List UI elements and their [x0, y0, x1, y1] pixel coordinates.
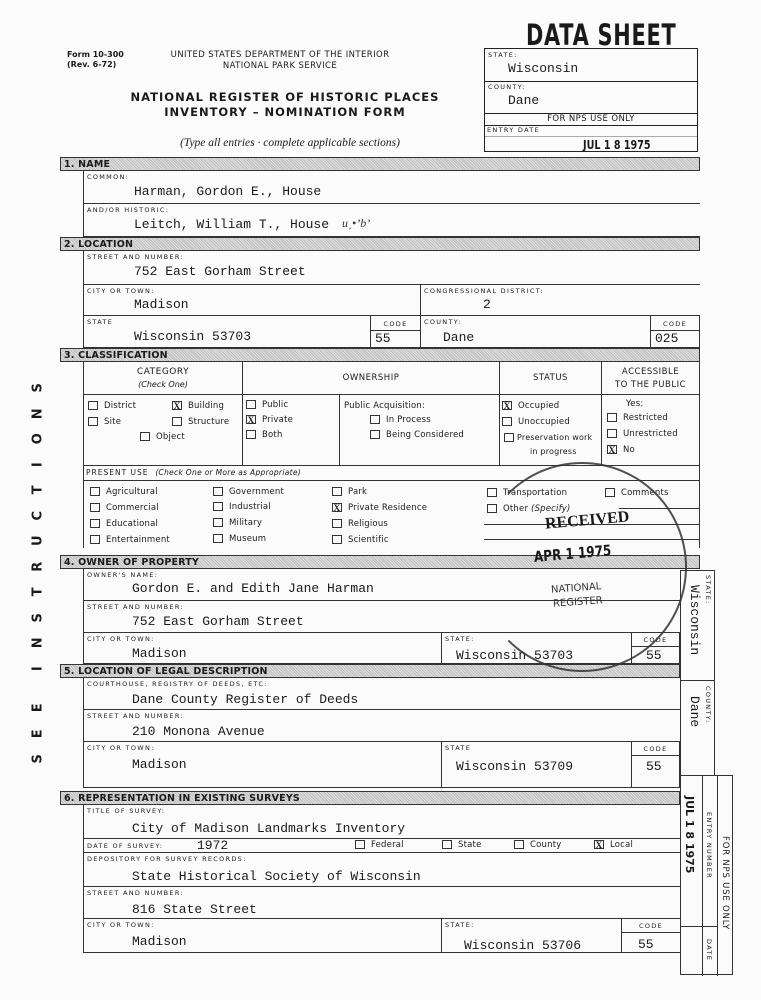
legal-code-field[interactable]: CODE 55: [631, 742, 680, 788]
side-date-label: DATE: [705, 939, 713, 961]
location-county-label: COUNTY:: [424, 318, 462, 326]
category-building-option[interactable]: XBuilding: [172, 401, 224, 411]
category-site-option[interactable]: Site: [88, 417, 121, 427]
park-checkbox[interactable]: [332, 487, 342, 496]
use-park[interactable]: Park: [332, 487, 367, 497]
location-street-label: STREET AND NUMBER:: [87, 253, 184, 261]
museum-label: Museum: [229, 534, 266, 544]
state-level-label: State: [458, 840, 482, 850]
ownership-options: Public XPrivate Both: [242, 395, 339, 466]
legal-city-value[interactable]: Madison: [132, 757, 187, 772]
side-letter: E: [25, 698, 51, 718]
industrial-label: Industrial: [229, 502, 271, 512]
form-title-line2: INVENTORY – NOMINATION FORM: [120, 105, 450, 120]
section-6-title: 6. REPRESENTATION IN EXISTING SURVEYS: [64, 792, 300, 805]
category-label: CATEGORY: [84, 367, 242, 377]
state-code-label: CODE: [371, 320, 420, 328]
form-number: Form 10-300 (Rev. 6-72): [67, 50, 124, 70]
depository-label: DEPOSITORY FOR SURVEY RECORDS:: [87, 855, 247, 863]
congressional-district-value[interactable]: 2: [483, 297, 491, 312]
survey-date-row: DATE OF SURVEY: 1972 Federal State Count…: [83, 839, 680, 853]
no-label: No: [623, 445, 635, 455]
state-level-checkbox[interactable]: [442, 840, 452, 849]
ownership-header: OWNERSHIP: [242, 362, 499, 395]
side-letter: C: [25, 505, 51, 525]
public-label: Public: [262, 400, 288, 410]
location-state-value[interactable]: Wisconsin 53703: [134, 329, 251, 344]
nps-use-box: STATE: Wisconsin COUNTY: Dane FOR NPS US…: [484, 48, 698, 152]
legal-state-label: STATE: [445, 744, 471, 752]
side-label-column: ENTRY NUMBER DATE: [703, 776, 718, 976]
nps-entry-date-stamp: JUL 1 8 1975: [583, 138, 651, 152]
side-letter: S: [25, 749, 51, 769]
form-title: NATIONAL REGISTER OF HISTORIC PLACES INV…: [120, 90, 450, 120]
side-letter: T: [25, 582, 51, 602]
depository-state-field[interactable]: STATE: Wisconsin 53706: [441, 919, 621, 953]
legal-code-label: CODE: [632, 745, 679, 753]
private-label: Private: [262, 415, 293, 425]
depository-street-value[interactable]: 816 State Street: [132, 902, 257, 917]
legal-code-value[interactable]: 55: [646, 759, 662, 774]
side-letter: I: [25, 454, 51, 474]
state-code-value[interactable]: 55: [375, 331, 391, 346]
acquisition-in-process-option[interactable]: In Process: [370, 415, 431, 425]
present-use-label: PRESENT USE: [86, 468, 149, 477]
status-label: STATUS: [500, 373, 601, 383]
use-agricultural[interactable]: Agricultural: [90, 487, 158, 497]
government-label: Government: [229, 487, 284, 497]
religious-checkbox[interactable]: [332, 519, 342, 528]
object-label: Object: [156, 432, 185, 442]
industrial-checkbox[interactable]: [213, 502, 223, 511]
legal-street-field[interactable]: STREET AND NUMBER: 210 Monona Avenue: [83, 710, 680, 742]
use-scientific[interactable]: Scientific: [332, 535, 389, 545]
section-4-title: 4. OWNER OF PROPERTY: [64, 556, 199, 569]
depository-street-field[interactable]: STREET AND NUMBER: 816 State Street: [83, 887, 680, 919]
accessible-label-1: ACCESSIBLE: [602, 367, 699, 377]
county-code-label: CODE: [651, 320, 699, 328]
both-checkbox[interactable]: [246, 430, 256, 439]
section-3-title: 3. CLASSIFICATION: [64, 349, 168, 362]
use-religious[interactable]: Religious: [332, 519, 388, 529]
department-name: UNITED STATES DEPARTMENT OF THE INTERIOR: [160, 50, 400, 61]
side-letter: R: [25, 556, 51, 576]
unoccupied-label: Unoccupied: [518, 417, 570, 427]
county-level-checkbox[interactable]: [514, 840, 524, 849]
owner-city-label: CITY OR TOWN:: [87, 635, 155, 643]
district-label: District: [104, 401, 136, 411]
nps-entry-date-cell: ENTRY DATE JUL 1 8 1975: [485, 126, 697, 153]
owner-city-value[interactable]: Madison: [132, 646, 187, 661]
federal-checkbox[interactable]: [355, 840, 365, 849]
private-residence-label: Private Residence: [348, 503, 427, 513]
scientific-label: Scientific: [348, 535, 389, 545]
see-instructions-vertical: S N O I T C U R T S N I E E S: [28, 375, 48, 772]
status-preservation-option[interactable]: Preservation work: [504, 433, 592, 442]
district-checkbox[interactable]: [88, 401, 98, 410]
side-letter: S: [25, 607, 51, 627]
section-5-title: 5. LOCATION OF LEGAL DESCRIPTION: [64, 665, 268, 678]
legal-state-field[interactable]: STATE Wisconsin 53709: [441, 742, 631, 788]
preservation-label: Preservation work: [517, 433, 592, 442]
agricultural-checkbox[interactable]: [90, 487, 100, 496]
nps-county-cell: COUNTY: Dane: [485, 82, 697, 114]
public-checkbox[interactable]: [246, 400, 256, 409]
owner-street-value[interactable]: 752 East Gorham Street: [132, 614, 304, 629]
side-letter: N: [25, 633, 51, 653]
location-county-code-field[interactable]: CODE 025: [650, 316, 700, 348]
accessible-label-2: TO THE PUBLIC: [602, 380, 699, 390]
side-nps-use-only-label: FOR NPS USE ONLY: [720, 836, 730, 930]
legal-street-value[interactable]: 210 Monona Avenue: [132, 724, 265, 739]
accessible-no-option[interactable]: XNo: [607, 445, 635, 455]
location-street-value[interactable]: 752 East Gorham Street: [134, 264, 306, 279]
restricted-label: Restricted: [623, 413, 668, 423]
ownership-label: OWNERSHIP: [243, 373, 499, 383]
survey-title-label: TITLE OF SURVEY:: [87, 807, 165, 815]
accessible-restricted-option[interactable]: Restricted: [607, 413, 668, 423]
survey-county-option[interactable]: County: [514, 840, 561, 850]
location-street-field[interactable]: STREET AND NUMBER: 752 East Gorham Stree…: [83, 251, 700, 285]
data-sheet-stamp: DATA SHEET: [526, 18, 676, 52]
preservation-checkbox[interactable]: [504, 433, 514, 442]
nps-county-value[interactable]: Dane: [508, 93, 539, 108]
side-letter: T: [25, 480, 51, 500]
depository-state-label: STATE:: [445, 921, 475, 929]
ownership-both-option[interactable]: Both: [246, 430, 283, 440]
owner-code-value[interactable]: 55: [646, 648, 662, 663]
location-county-value[interactable]: Dane: [443, 330, 474, 345]
category-object-option[interactable]: Object: [140, 432, 185, 442]
form-title-line1: NATIONAL REGISTER OF HISTORIC PLACES: [120, 90, 450, 105]
category-options: District XBuilding Site Structure Object: [83, 395, 242, 466]
site-checkbox[interactable]: [88, 417, 98, 426]
occupied-label: Occupied: [518, 401, 559, 411]
park-label: Park: [348, 487, 367, 497]
county-level-label: County: [530, 840, 561, 850]
accessible-unrestricted-option[interactable]: Unrestricted: [607, 429, 678, 439]
section-1-title: 1. NAME: [64, 158, 110, 171]
side-state-county-panel: STATE: Wisconsin COUNTY: Dane: [680, 570, 715, 776]
section-2-title: 2. LOCATION: [64, 238, 133, 251]
depository-code-field[interactable]: CODE 55: [621, 919, 680, 953]
survey-date-value[interactable]: 1972: [197, 838, 228, 853]
local-level-label: Local: [610, 840, 633, 850]
status-unoccupied-option[interactable]: Unoccupied: [502, 417, 570, 427]
status-header: STATUS: [499, 362, 601, 395]
owner-city-field[interactable]: CITY OR TOWN: Madison: [83, 633, 441, 664]
both-label: Both: [262, 430, 283, 440]
unrestricted-checkbox[interactable]: [607, 429, 617, 438]
depository-state-value[interactable]: Wisconsin 53706: [464, 938, 581, 953]
side-entry-number-stamp: JUL 1 8 1975: [683, 796, 696, 873]
accessible-yes-label: Yes:: [626, 399, 643, 409]
educational-checkbox[interactable]: [90, 519, 100, 528]
owner-name-label: OWNER'S NAME:: [87, 571, 158, 579]
being-considered-checkbox[interactable]: [370, 430, 380, 439]
form-number-text: Form 10-300: [67, 50, 124, 60]
handwritten-annotation: uˏ•’b’: [342, 216, 370, 231]
depository-city-value[interactable]: Madison: [132, 934, 187, 949]
military-label: Military: [229, 518, 262, 528]
scientific-checkbox[interactable]: [332, 535, 342, 544]
location-state-label: STATE: [87, 318, 113, 326]
building-checkbox[interactable]: X: [172, 401, 182, 410]
federal-label: Federal: [371, 840, 404, 850]
side-letter: [31, 678, 45, 698]
nps-use-only-label: FOR NPS USE ONLY: [485, 114, 697, 126]
side-letter: E: [25, 723, 51, 743]
agricultural-label: Agricultural: [106, 487, 158, 497]
site-label: Site: [104, 417, 121, 427]
in-process-checkbox[interactable]: [370, 415, 380, 424]
survey-local-option[interactable]: XLocal: [594, 840, 633, 850]
section-6-header: 6. REPRESENTATION IN EXISTING SURVEYS: [60, 791, 680, 805]
legal-city-label: CITY OR TOWN:: [87, 744, 155, 752]
department-header: UNITED STATES DEPARTMENT OF THE INTERIOR…: [160, 50, 400, 72]
in-process-label: In Process: [386, 415, 431, 425]
nps-state-value[interactable]: Wisconsin: [508, 61, 578, 76]
courthouse-field[interactable]: COURTHOUSE, REGISTRY OF DEEDS, ETC: Dane…: [83, 678, 680, 710]
form-revision-text: (Rev. 6-72): [67, 60, 124, 70]
location-city-label: CITY OR TOWN:: [87, 287, 155, 295]
depository-city-field[interactable]: CITY OR TOWN: Madison: [83, 919, 441, 953]
historic-name-label: AND/OR HISTORIC:: [87, 206, 169, 214]
legal-state-value[interactable]: Wisconsin 53709: [456, 759, 573, 774]
depository-code-label: CODE: [622, 922, 680, 930]
legal-street-label: STREET AND NUMBER:: [87, 712, 184, 720]
museum-checkbox[interactable]: [213, 534, 223, 543]
location-state-code-field[interactable]: CODE 55: [370, 316, 420, 348]
side-county-value[interactable]: Dane: [687, 696, 702, 727]
ownership-private-option[interactable]: XPrivate: [246, 415, 293, 425]
entertainment-label: Entertainment: [106, 535, 170, 545]
location-city-value[interactable]: Madison: [134, 297, 189, 312]
location-county-field[interactable]: COUNTY: Dane: [420, 316, 650, 348]
use-educational[interactable]: Educational: [90, 519, 158, 529]
use-entertainment[interactable]: Entertainment: [90, 535, 170, 545]
received-stamp-circle: [477, 462, 687, 672]
being-considered-label: Being Considered: [386, 430, 464, 440]
side-entry-number-label: ENTRY NUMBER: [705, 812, 713, 879]
survey-federal-option[interactable]: Federal: [355, 840, 404, 850]
legal-city-field[interactable]: CITY OR TOWN: Madison: [83, 742, 441, 788]
local-level-checkbox[interactable]: X: [594, 840, 604, 849]
location-state-field[interactable]: STATE Wisconsin 53703: [83, 316, 370, 348]
side-letter: N: [25, 403, 51, 423]
present-use-heading: PRESENT USE (Check One or More as Approp…: [86, 468, 301, 477]
category-sublabel: (Check One): [84, 380, 242, 389]
use-private-residence[interactable]: XPrivate Residence: [332, 503, 427, 513]
common-name-field[interactable]: COMMON: Harman, Gordon E., House: [83, 171, 700, 204]
accessible-header: ACCESSIBLE TO THE PUBLIC: [601, 362, 700, 395]
common-name-label: COMMON:: [87, 173, 129, 181]
status-options: XOccupied Unoccupied Preservation work i…: [499, 395, 601, 466]
section-3-header: 3. CLASSIFICATION: [60, 348, 700, 362]
survey-state-option[interactable]: State: [442, 840, 482, 850]
preservation-label-line2: in progress: [530, 447, 577, 456]
public-acquisition-label: Public Acquisition:: [344, 401, 425, 411]
private-checkbox[interactable]: X: [246, 415, 256, 424]
acquisition-options: Public Acquisition: In Process Being Con…: [339, 395, 499, 466]
courthouse-value[interactable]: Dane County Register of Deeds: [132, 692, 358, 707]
no-checkbox[interactable]: X: [607, 445, 617, 454]
building-label: Building: [188, 401, 224, 411]
historic-name-field[interactable]: AND/OR HISTORIC: Leitch, William T., Hou…: [83, 204, 700, 237]
side-state-value[interactable]: Wisconsin: [687, 585, 702, 655]
side-county-label: COUNTY:: [704, 686, 712, 724]
present-use-sublabel: (Check One or More as Appropriate): [155, 468, 301, 477]
acquisition-being-considered-option[interactable]: Being Considered: [370, 430, 464, 440]
form-instructions: (Type all entries · complete applicable …: [130, 137, 450, 149]
religious-label: Religious: [348, 519, 388, 529]
educational-label: Educational: [106, 519, 158, 529]
restricted-checkbox[interactable]: [607, 413, 617, 422]
survey-title-value[interactable]: City of Madison Landmarks Inventory: [132, 821, 405, 836]
category-header: CATEGORY (Check One): [83, 362, 242, 395]
side-nps-use-panel: JUL 1 8 1975 ENTRY NUMBER DATE FOR NPS U…: [680, 775, 733, 975]
side-letter: O: [25, 429, 51, 449]
depository-city-label: CITY OR TOWN:: [87, 921, 155, 929]
object-checkbox[interactable]: [140, 432, 150, 441]
side-letter: I: [25, 658, 51, 678]
private-residence-checkbox[interactable]: X: [332, 503, 342, 512]
ownership-public-option[interactable]: Public: [246, 400, 288, 410]
structure-checkbox[interactable]: [172, 417, 182, 426]
owner-street-label: STREET AND NUMBER:: [87, 603, 184, 611]
courthouse-label: COURTHOUSE, REGISTRY OF DEEDS, ETC:: [87, 680, 268, 688]
owner-state-label: STATE:: [445, 635, 475, 643]
depository-street-label: STREET AND NUMBER:: [87, 889, 184, 897]
use-museum[interactable]: Museum: [213, 534, 266, 544]
section-1-header: 1. NAME: [60, 157, 700, 171]
county-code-value[interactable]: 025: [655, 331, 678, 346]
agency-name: NATIONAL PARK SERVICE: [160, 61, 400, 72]
depository-value[interactable]: State Historical Society of Wisconsin: [132, 869, 421, 884]
structure-label: Structure: [188, 417, 229, 427]
military-checkbox[interactable]: [213, 518, 223, 527]
commercial-checkbox[interactable]: [90, 503, 100, 512]
location-city-field[interactable]: CITY OR TOWN: Madison: [83, 285, 420, 316]
use-commercial[interactable]: Commercial: [90, 503, 159, 513]
historic-name-value[interactable]: Leitch, William T., House: [134, 217, 329, 232]
accessible-options: Yes: Restricted Unrestricted XNo: [601, 395, 700, 466]
use-government[interactable]: Government: [213, 487, 284, 497]
depository-field[interactable]: DEPOSITORY FOR SURVEY RECORDS: State His…: [83, 853, 680, 887]
status-occupied-option[interactable]: XOccupied: [502, 401, 559, 411]
side-state-cell: STATE: Wisconsin: [681, 571, 714, 681]
use-industrial[interactable]: Industrial: [213, 502, 271, 512]
unrestricted-label: Unrestricted: [623, 429, 678, 439]
unoccupied-checkbox[interactable]: [502, 417, 512, 426]
side-letter: S: [25, 378, 51, 398]
occupied-checkbox[interactable]: X: [502, 401, 512, 410]
survey-title-field[interactable]: TITLE OF SURVEY: City of Madison Landmar…: [83, 805, 680, 839]
nps-state-label: STATE:: [488, 51, 518, 59]
transportation-checkbox[interactable]: [487, 488, 497, 497]
section-2-header: 2. LOCATION: [60, 237, 700, 251]
use-military[interactable]: Military: [213, 518, 262, 528]
side-state-label: STATE:: [704, 575, 712, 605]
congressional-district-label: CONGRESSIONAL DISTRICT:: [424, 287, 544, 295]
nps-state-cell: STATE: Wisconsin: [485, 49, 697, 82]
survey-date-label: DATE OF SURVEY:: [87, 842, 163, 850]
commercial-label: Commercial: [106, 503, 159, 513]
congressional-district-field[interactable]: CONGRESSIONAL DISTRICT: 2: [420, 285, 700, 316]
category-district-option[interactable]: District: [88, 401, 136, 411]
category-structure-option[interactable]: Structure: [172, 417, 229, 427]
owner-name-value[interactable]: Gordon E. and Edith Jane Harman: [132, 581, 374, 596]
depository-code-value[interactable]: 55: [638, 937, 654, 952]
government-checkbox[interactable]: [213, 487, 223, 496]
nps-county-label: COUNTY:: [488, 83, 526, 91]
common-name-value[interactable]: Harman, Gordon E., House: [134, 184, 321, 199]
nps-entry-date-label: ENTRY DATE: [487, 126, 540, 134]
side-letter: U: [25, 531, 51, 551]
entertainment-checkbox[interactable]: [90, 535, 100, 544]
side-entry-column: JUL 1 8 1975: [681, 776, 703, 976]
